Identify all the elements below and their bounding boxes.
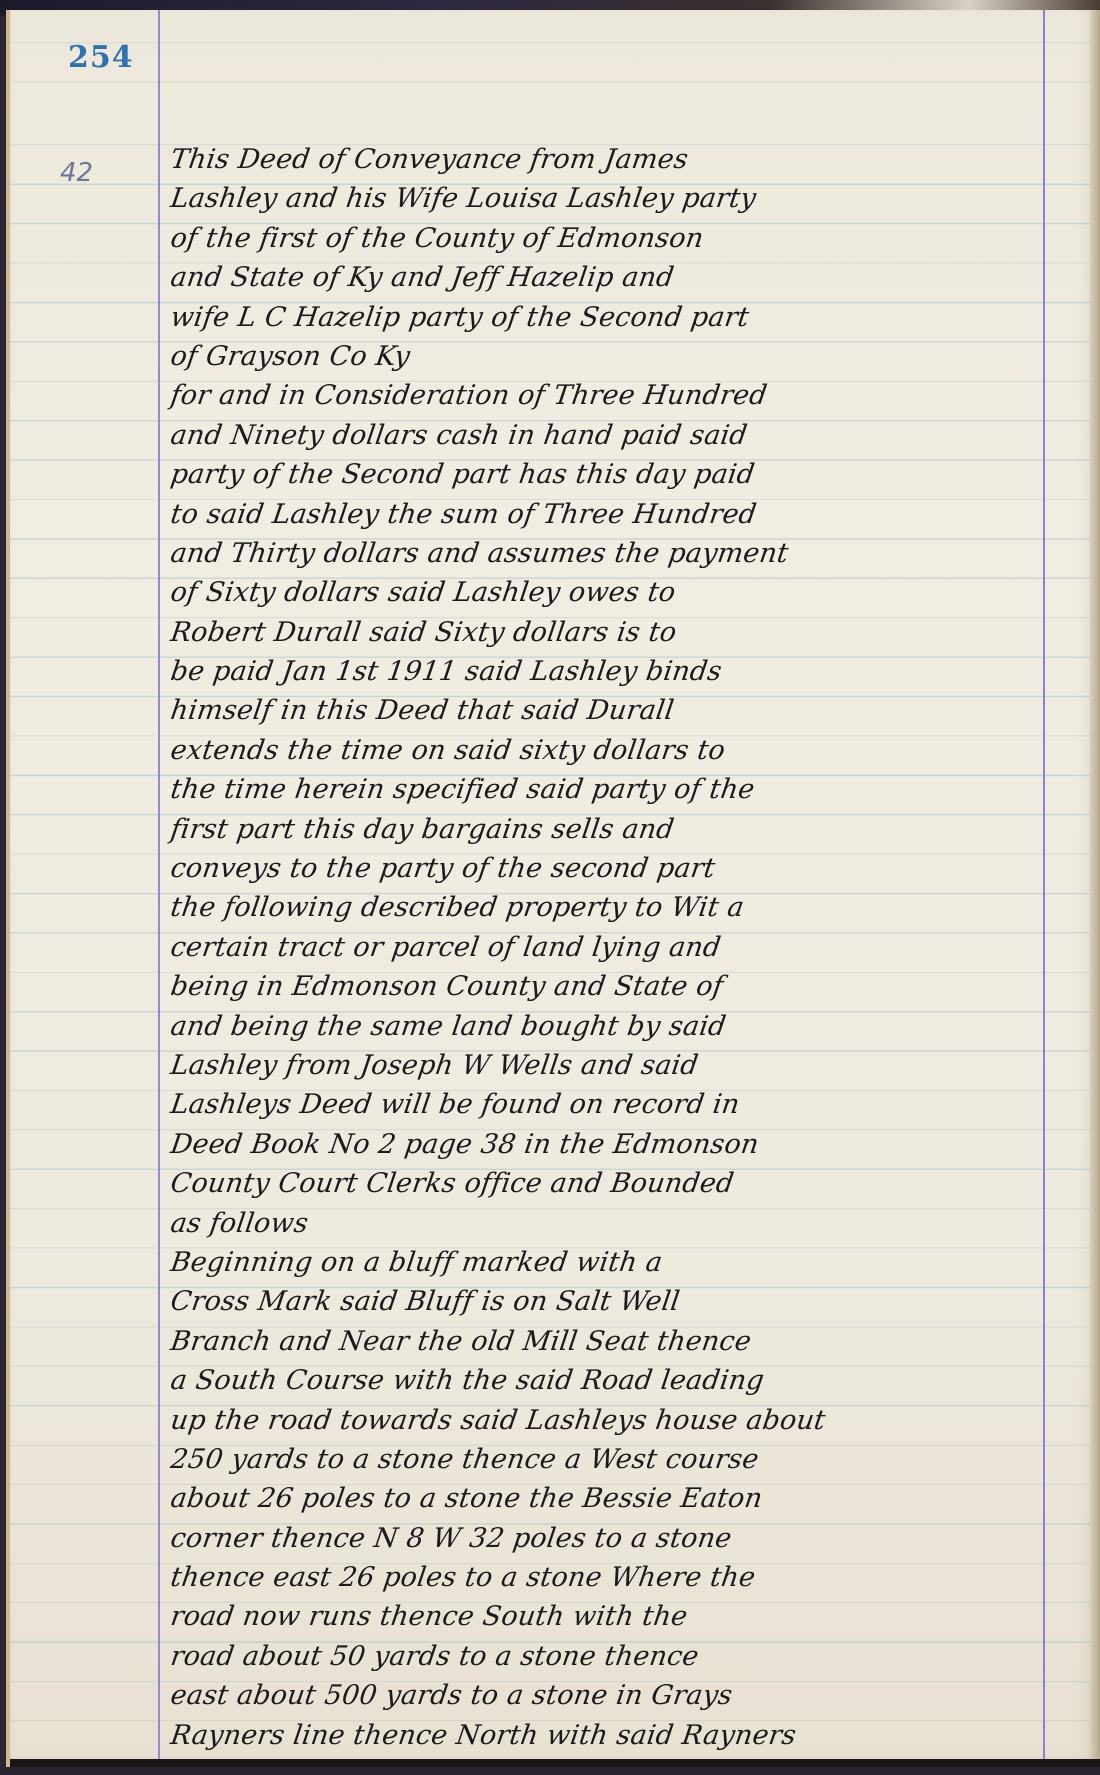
text-line: east about 500 yards to a stone in Grays: [168, 1676, 1054, 1715]
text-line: Deed Book No 2 page 38 in the Edmonson: [168, 1125, 1054, 1164]
text-line: about 26 poles to a stone the Bessie Eat…: [168, 1479, 1054, 1518]
text-line: first part this day bargains sells and: [168, 810, 1054, 849]
text-line: a South Course with the said Road leadin…: [168, 1361, 1054, 1400]
text-line: and Ninety dollars cash in hand paid sai…: [168, 416, 1054, 455]
text-line: County Court Clerks office and Bounded: [168, 1164, 1054, 1203]
text-line: be paid Jan 1st 1911 said Lashley binds: [168, 652, 1054, 691]
text-line: 250 yards to a stone thence a West cours…: [168, 1440, 1054, 1479]
text-line: This Deed of Conveyance from James: [168, 140, 1054, 179]
text-line: certain tract or parcel of land lying an…: [168, 928, 1054, 967]
text-line: and being the same land bought by said: [168, 1007, 1054, 1046]
ledger-page: 254 42 This Deed of Conveyance from Jame…: [6, 10, 1100, 1767]
text-line: Robert Durall said Sixty dollars is to: [168, 613, 1054, 652]
text-line: up the road towards said Lashleys house …: [168, 1401, 1054, 1440]
text-line: as follows: [168, 1204, 1054, 1243]
text-line: Lashley and his Wife Louisa Lashley part…: [168, 179, 1054, 218]
text-line: of the first of the County of Edmonson: [168, 219, 1054, 258]
page-bottom-edge: [10, 1759, 1100, 1767]
text-line: to said Lashley the sum of Three Hundred: [168, 495, 1054, 534]
page-edge: [1090, 10, 1100, 1767]
text-line: corner thence N 8 W 32 poles to a stone: [168, 1519, 1054, 1558]
text-line: for and in Consideration of Three Hundre…: [168, 376, 1054, 415]
text-line: and Thirty dollars and assumes the payme…: [168, 534, 1054, 573]
text-line: road now runs thence South with the: [168, 1597, 1054, 1636]
text-line: of Sixty dollars said Lashley owes to: [168, 573, 1054, 612]
text-line: extends the time on said sixty dollars t…: [168, 731, 1054, 770]
text-line: road about 50 yards to a stone thence: [168, 1637, 1054, 1676]
text-line: Lashley from Joseph W Wells and said: [168, 1046, 1054, 1085]
text-line: the time herein specified said party of …: [168, 770, 1054, 809]
text-line: Rayners line thence North with said Rayn…: [168, 1716, 1054, 1755]
page-number: 254: [68, 40, 134, 75]
entry-number: 42: [60, 158, 93, 188]
text-line: wife L C Hazelip party of the Second par…: [168, 298, 1054, 337]
text-line: of Grayson Co Ky: [168, 337, 1054, 376]
text-line: Beginning on a bluff marked with a: [168, 1243, 1054, 1282]
text-line: Cross Mark said Bluff is on Salt Well: [168, 1282, 1054, 1321]
text-line: himself in this Deed that said Durall: [168, 691, 1054, 730]
deed-text: This Deed of Conveyance from James Lashl…: [168, 140, 1048, 1755]
left-margin-rule: [158, 10, 160, 1767]
text-line: party of the Second part has this day pa…: [168, 455, 1054, 494]
text-line: Branch and Near the old Mill Seat thence: [168, 1322, 1054, 1361]
text-line: thence east 26 poles to a stone Where th…: [168, 1558, 1054, 1597]
text-line: and State of Ky and Jeff Hazelip and: [168, 258, 1054, 297]
text-line: the following described property to Wit …: [168, 888, 1054, 927]
text-line: conveys to the party of the second part: [168, 849, 1054, 888]
text-line: Lashleys Deed will be found on record in: [168, 1085, 1054, 1124]
text-line: being in Edmonson County and State of: [168, 967, 1054, 1006]
